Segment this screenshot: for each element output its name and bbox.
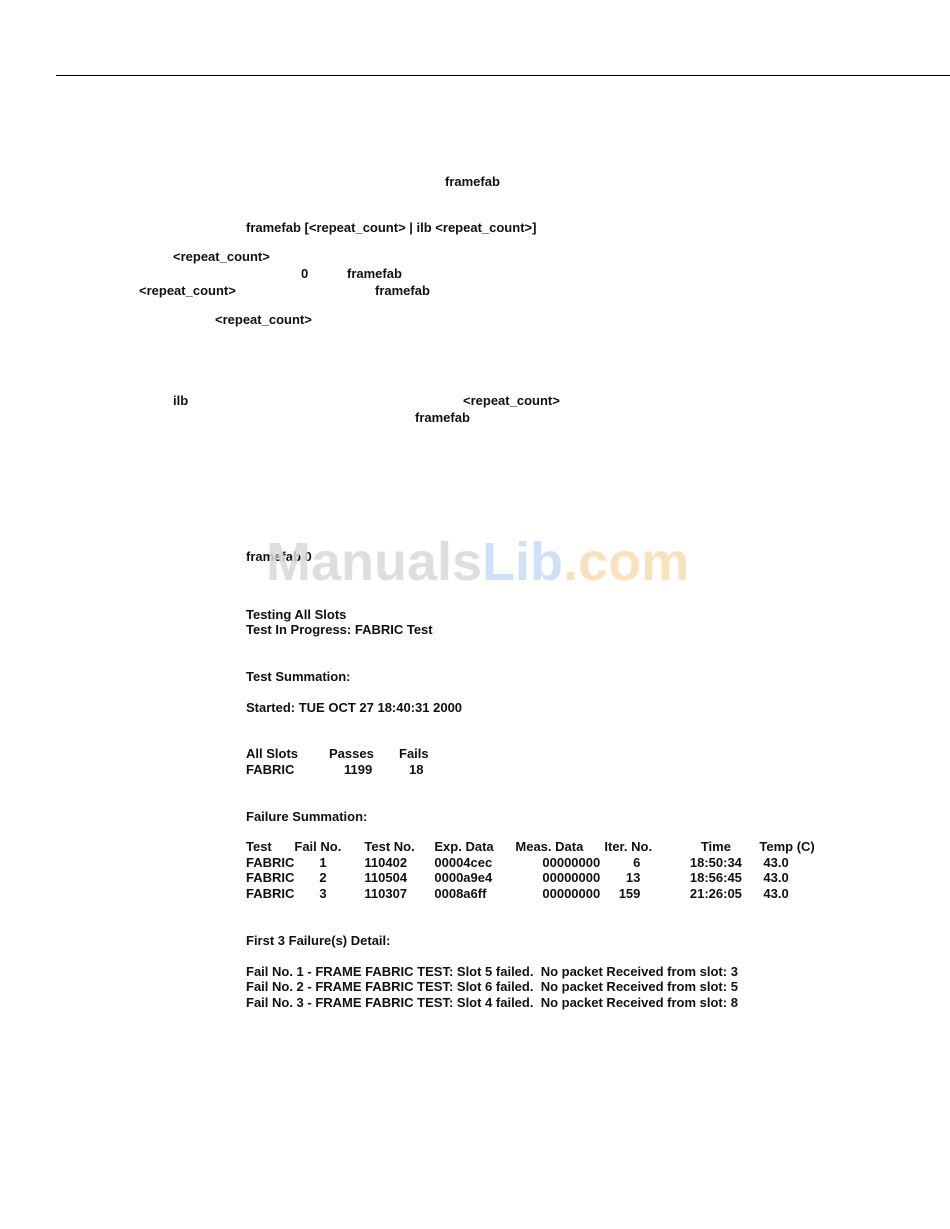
cell: FABRIC <box>246 762 329 778</box>
cell: 00000000 <box>515 886 604 902</box>
cell: 1 <box>294 855 364 871</box>
table-row: FABRIC 1199 18 <box>246 762 429 778</box>
default-zero: 0 <box>301 266 308 281</box>
header-cell: All Slots <box>246 746 329 762</box>
started-line: Started: TUE OCT 27 18:40:31 2000 <box>246 700 462 715</box>
framefab-ref: framefab <box>375 283 430 298</box>
table-header-row: Test Fail No. Test No. Exp. Data Meas. D… <box>246 839 815 855</box>
header-cell: Exp. Data <box>434 839 515 855</box>
framefab-ref: framefab <box>347 266 402 281</box>
cell: 18:56:45 <box>677 870 754 886</box>
param-repeat-count: <repeat_count> <box>139 283 236 298</box>
cell: 43.0 <box>754 855 814 871</box>
example-command: framefab 0 <box>246 549 312 564</box>
cell: FABRIC <box>246 870 294 886</box>
header-cell: Test No. <box>364 839 434 855</box>
cell: 00004cec <box>434 855 515 871</box>
param-repeat-count: <repeat_count> <box>463 393 560 408</box>
header-cell: Iter. No. <box>604 839 677 855</box>
failure-table: Test Fail No. Test No. Exp. Data Meas. D… <box>246 839 815 901</box>
table-header-row: All Slots Passes Fails <box>246 746 429 762</box>
cell: 0000a9e4 <box>434 870 515 886</box>
cell: 0008a6ff <box>434 886 515 902</box>
command-title: framefab <box>445 174 500 189</box>
cell: 2 <box>294 870 364 886</box>
header-rule <box>56 75 950 76</box>
cell: 13 <box>604 870 677 886</box>
cell: 3 <box>294 886 364 902</box>
table-row: FABRIC31103070008a6ff0000000015921:26:05… <box>246 886 815 902</box>
summation-title: Test Summation: <box>246 669 351 684</box>
cell: 159 <box>604 886 677 902</box>
cell: 00000000 <box>515 870 604 886</box>
cell: 110307 <box>364 886 434 902</box>
param-repeat-count: <repeat_count> <box>215 312 312 327</box>
failure-detail-line: Fail No. 1 - FRAME FABRIC TEST: Slot 5 f… <box>246 964 738 979</box>
header-cell: Temp (C) <box>754 839 814 855</box>
header-cell: Fails <box>399 746 429 762</box>
framefab-ref: framefab <box>415 410 470 425</box>
cell: FABRIC <box>246 855 294 871</box>
header-cell: Passes <box>329 746 399 762</box>
cell: 1199 <box>329 762 399 778</box>
cell: FABRIC <box>246 886 294 902</box>
output-line: Testing All Slots <box>246 607 346 622</box>
watermark-part: Lib <box>482 532 563 592</box>
detail-title: First 3 Failure(s) Detail: <box>246 933 390 948</box>
watermark-part: .com <box>563 532 689 592</box>
cell: 00000000 <box>515 855 604 871</box>
cell: 21:26:05 <box>677 886 754 902</box>
header-cell: Meas. Data <box>515 839 604 855</box>
cell: 18:50:34 <box>677 855 754 871</box>
header-cell: Time <box>677 839 754 855</box>
command-syntax: framefab [<repeat_count> | ilb <repeat_c… <box>246 220 536 235</box>
watermark: ManualsLib.com <box>266 530 689 594</box>
cell: 43.0 <box>754 870 814 886</box>
cell: 110402 <box>364 855 434 871</box>
cell: 18 <box>399 762 429 778</box>
table-row: FABRIC21105040000a9e4000000001318:56:454… <box>246 870 815 886</box>
cell: 6 <box>604 855 677 871</box>
cell: 43.0 <box>754 886 814 902</box>
header-cell: Test <box>246 839 294 855</box>
failure-detail-line: Fail No. 2 - FRAME FABRIC TEST: Slot 6 f… <box>246 979 738 994</box>
param-repeat-count: <repeat_count> <box>173 249 270 264</box>
cell: 110504 <box>364 870 434 886</box>
header-cell: Fail No. <box>294 839 364 855</box>
table-row: FABRIC111040200004cec00000000618:50:3443… <box>246 855 815 871</box>
failure-title: Failure Summation: <box>246 809 367 824</box>
slots-table: All Slots Passes Fails FABRIC 1199 18 <box>246 746 429 777</box>
output-line: Test In Progress: FABRIC Test <box>246 622 433 637</box>
failure-detail-line: Fail No. 3 - FRAME FABRIC TEST: Slot 4 f… <box>246 995 738 1010</box>
ilb-option: ilb <box>173 393 188 408</box>
